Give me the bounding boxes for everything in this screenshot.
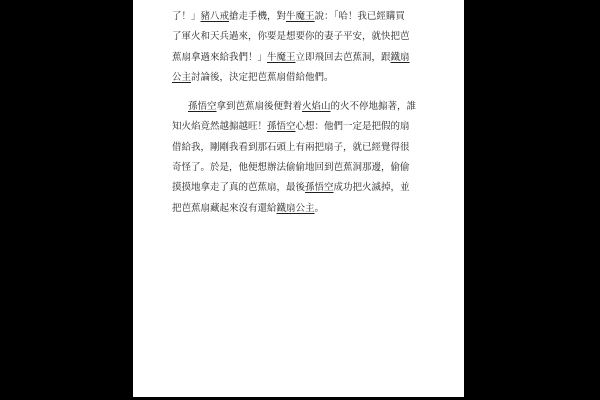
- text-line: 蕉扇拿過來給我們！」牛魔王立即飛回去芭蕉洞，跟鐵扇: [172, 48, 412, 68]
- text-line: 公主討論後，決定把芭蕉扇借給他們。: [172, 68, 412, 88]
- proper-noun-underlined: 豬八戒: [201, 7, 230, 27]
- text-segment: 。: [315, 199, 325, 219]
- text-segment: 討論後，決定把芭蕉扇借給他們。: [191, 68, 334, 88]
- text-line: 奇怪了。於是，他便想辦法偷偷地回到芭蕉洞那邊，偷偷: [172, 158, 412, 178]
- text-segment: 說：「哈！我已經購買: [315, 7, 405, 27]
- text-segment: 蕉扇拿過來給我們！」: [172, 48, 267, 68]
- proper-noun-underlined: 鐵扇: [391, 48, 410, 68]
- text-segment: 成功把火滅掉，並: [334, 178, 410, 198]
- paragraph: 了！」豬八戒搶走手機，對牛魔王說：「哈！我已經購買了軍火和天兵過來，你要是想要你…: [172, 7, 412, 88]
- proper-noun-underlined: 牛魔王: [267, 48, 296, 68]
- text-segment: 摸摸地拿走了真的芭蕉扇，最後: [172, 178, 305, 198]
- proper-noun-underlined: 孫悟空: [305, 178, 334, 198]
- text-segment: 把芭蕉扇藏起來沒有還給: [172, 199, 277, 219]
- proper-noun-underlined: 鐵扇公主: [277, 199, 315, 219]
- text-segment: 了！」: [172, 7, 201, 27]
- text-line: 知火焰竟然越搧越旺！孫悟空心想：他們一定是把假的扇: [172, 117, 412, 137]
- proper-noun-underlined: 孫悟空: [188, 97, 217, 117]
- text-segment: 的火不停地搧著，誰: [331, 97, 417, 117]
- document-viewer: 了！」豬八戒搶走手機，對牛魔王說：「哈！我已經購買了軍火和天兵過來，你要是想要你…: [0, 0, 600, 400]
- text-segment: 心想：他們一定是把假的扇: [296, 117, 410, 137]
- text-segment: 知火焰竟然越搧越旺！: [172, 117, 267, 137]
- document-page: 了！」豬八戒搶走手機，對牛魔王說：「哈！我已經購買了軍火和天兵過來，你要是想要你…: [133, 0, 464, 397]
- text-segment: 了軍火和天兵過來，你要是想要你的妻子平安，就快把芭: [172, 27, 410, 47]
- text-line: 摸摸地拿走了真的芭蕉扇，最後孫悟空成功把火滅掉，並: [172, 178, 412, 198]
- text-segment: 搶走手機，對: [229, 7, 286, 27]
- proper-noun-underlined: 公主: [172, 68, 191, 88]
- proper-noun-underlined: 牛魔王: [286, 7, 315, 27]
- proper-noun-underlined: 孫悟空: [267, 117, 296, 137]
- text-segment: 立即飛回去芭蕉洞，跟: [296, 48, 391, 68]
- paragraph: 孫悟空拿到芭蕉扇後便對着火焰山的火不停地搧著，誰知火焰竟然越搧越旺！孫悟空心想：…: [172, 97, 412, 219]
- text-segment: 奇怪了。於是，他便想辦法偷偷地回到芭蕉洞那邊，偷偷: [172, 158, 410, 178]
- text-segment: 拿到芭蕉扇後便對着: [217, 97, 303, 117]
- text-line: 了！」豬八戒搶走手機，對牛魔王說：「哈！我已經購買: [172, 7, 412, 27]
- text-line: 借給我，剛剛我看到那石頭上有兩把扇子，就已經覺得很: [172, 138, 412, 158]
- text-block: 了！」豬八戒搶走手機，對牛魔王說：「哈！我已經購買了軍火和天兵過來，你要是想要你…: [172, 7, 412, 219]
- text-line: 把芭蕉扇藏起來沒有還給鐵扇公主。: [172, 199, 412, 219]
- proper-noun-underlined: 火焰山: [302, 97, 331, 117]
- text-line: 了軍火和天兵過來，你要是想要你的妻子平安，就快把芭: [172, 27, 412, 47]
- text-segment: 借給我，剛剛我看到那石頭上有兩把扇子，就已經覺得很: [172, 138, 410, 158]
- text-line: 孫悟空拿到芭蕉扇後便對着火焰山的火不停地搧著，誰: [172, 97, 412, 117]
